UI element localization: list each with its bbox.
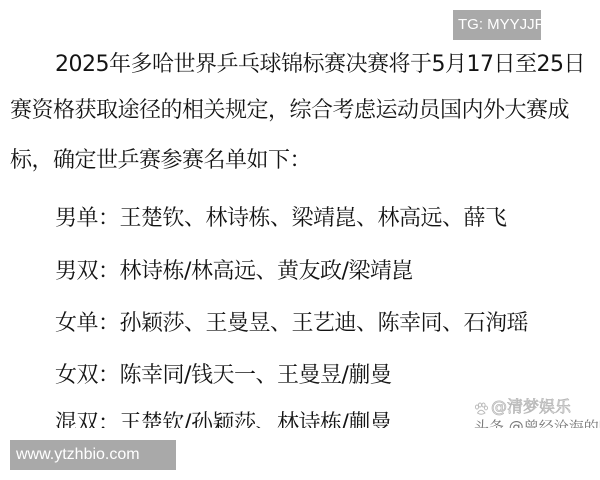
source-watermark: 头条 @曾经沧海的听 (474, 416, 600, 428)
player-list: 陈幸同/钱天一、王曼昱/蒯曼 (120, 363, 392, 388)
brand-watermark: @清梦娱乐 (474, 396, 571, 418)
player-list: 王楚钦、林诗栋、梁靖崑、林高远、薛飞 (120, 206, 507, 231)
event-separator: ： (98, 259, 120, 284)
event-separator: ： (98, 411, 120, 428)
intro-line-2: 赛资格获取途径的相关规定，综合考虑运动员国内外大赛成 (10, 97, 569, 125)
event-label: 男双 (55, 259, 98, 284)
event-label: 女单 (55, 311, 98, 336)
brand-watermark-text: @清梦娱乐 (491, 396, 571, 418)
paw-icon (474, 400, 488, 414)
player-list: 林诗栋/林高远、黄友政/梁靖崑 (120, 259, 413, 284)
event-label: 混双 (55, 411, 98, 428)
tg-watermark: TG: MYYJJPP (453, 10, 541, 40)
intro-line-3: 标，确定世乒赛参赛名单如下： (10, 147, 311, 175)
event-separator: ： (98, 311, 120, 336)
roster-entry-mens-doubles: 男双：林诗栋/林高远、黄友政/梁靖崑 (55, 258, 413, 286)
event-separator: ： (98, 363, 120, 388)
player-list: 王楚钦/孙颖莎、林诗栋/蒯曼 (120, 411, 392, 428)
event-label: 男单 (55, 206, 98, 231)
player-list: 孙颖莎、王曼昱、王艺迪、陈幸同、石洵瑶 (120, 311, 529, 336)
intro-line-1: 2025年多哈世界乒乓球锦标赛决赛将于5月17日至25日 (55, 51, 585, 79)
roster-entry-mens-singles: 男单：王楚钦、林诗栋、梁靖崑、林高远、薛飞 (55, 205, 507, 233)
site-watermark: www.ytzhbio.com (10, 440, 176, 470)
article-document: 2025年多哈世界乒乓球锦标赛决赛将于5月17日至25日 赛资格获取途径的相关规… (0, 0, 600, 428)
event-separator: ： (98, 206, 120, 231)
roster-entry-mixed-doubles: 混双：王楚钦/孙颖莎、林诗栋/蒯曼 (55, 410, 391, 428)
roster-entry-womens-doubles: 女双：陈幸同/钱天一、王曼昱/蒯曼 (55, 362, 391, 390)
event-label: 女双 (55, 363, 98, 388)
roster-entry-womens-singles: 女单：孙颖莎、王曼昱、王艺迪、陈幸同、石洵瑶 (55, 310, 528, 338)
